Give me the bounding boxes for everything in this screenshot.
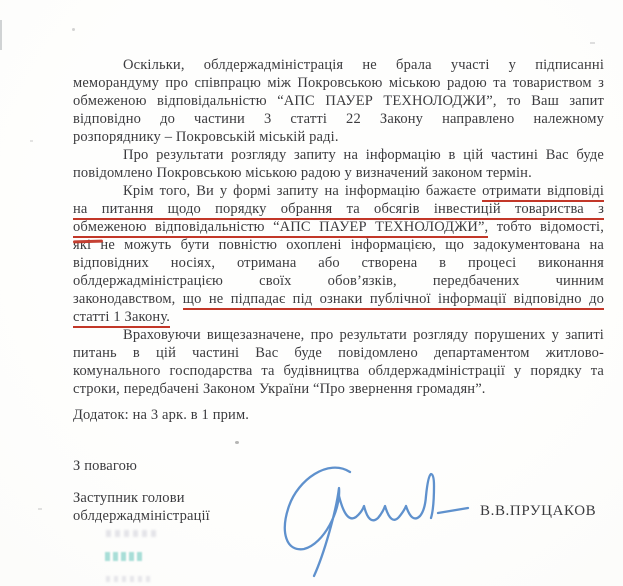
scanned-letter-page: Оскільки, облдержадміністрація не брала …: [0, 0, 623, 586]
paragraph-1: Оскільки, облдержадміністрація не брала …: [73, 56, 604, 146]
body-line: питань в цій частині Вас буде повідомлен…: [73, 344, 604, 362]
red-underlined-text: що не підпадає під ознаки публічної інфо…: [183, 291, 604, 310]
body-line: які не можуть бути повністю охоплені інф…: [73, 236, 604, 254]
signature-ink: [262, 456, 472, 582]
body-line: меморандуму про співпрацю між Покровсько…: [73, 74, 604, 92]
signer-name: В.В.ПРУЦАКОВ: [480, 503, 596, 520]
body-line: комунального господарства та будівництва…: [73, 362, 604, 380]
body-line: строки, передбачені Законом України “Про…: [73, 380, 604, 398]
body-line: відповідних носіях, отримана або створен…: [73, 254, 604, 272]
text-run: Крім того, Ви у формі запиту на інформац…: [123, 183, 476, 199]
body-line: відповідно до частини 3 статті 22 Закону…: [73, 110, 604, 128]
text-run: законодавством,: [73, 291, 175, 307]
body-line: облдержадміністрацією своїх обов’язків, …: [73, 272, 604, 290]
scan-smudge: [38, 508, 42, 510]
body-line: Оскільки, облдержадміністрація не брала …: [73, 56, 604, 74]
stamp-remnant: [105, 552, 145, 561]
body-line: Враховуючи вищезазначене, про результати…: [73, 326, 604, 344]
body-line: обмеженою відповідальністю “АПС ПАУЕР ТЕ…: [73, 218, 604, 236]
text-run: тобто відомості,: [497, 219, 604, 235]
paragraph-4: Враховуючи вищезазначене, про результати…: [73, 326, 604, 398]
body-line: законодавством, що не підпадає під ознак…: [73, 290, 604, 308]
scan-smudge: [72, 28, 75, 31]
paragraph-2: Про результати розгляду запиту на інформ…: [73, 146, 604, 182]
scan-smudge: [30, 140, 33, 142]
attachment-note: Додаток: на 3 арк. в 1 прим.: [73, 406, 604, 424]
scan-smudge: [0, 20, 2, 50]
body-line: статті 1 Закону.: [73, 308, 604, 326]
letter-body: Оскільки, облдержадміністрація не брала …: [73, 56, 604, 525]
stamp-remnant: [106, 530, 160, 537]
body-line: розпоряднику – Покровській міській раді.: [73, 128, 604, 146]
body-line: на питання щодо порядку обрання та обсяг…: [73, 200, 604, 218]
body-line: повідомлено Покровською міською радою у …: [73, 164, 604, 182]
stamp-remnant: [106, 576, 150, 582]
paragraph-3: Крім того, Ви у формі запиту на інформац…: [73, 182, 604, 326]
body-line: обмеженою відповідальністю “АПС ПАУЕР ТЕ…: [73, 92, 604, 110]
body-line: Про результати розгляду запиту на інформ…: [73, 146, 604, 164]
body-line: Крім того, Ви у формі запиту на інформац…: [73, 182, 604, 200]
scan-smudge: [590, 42, 595, 44]
